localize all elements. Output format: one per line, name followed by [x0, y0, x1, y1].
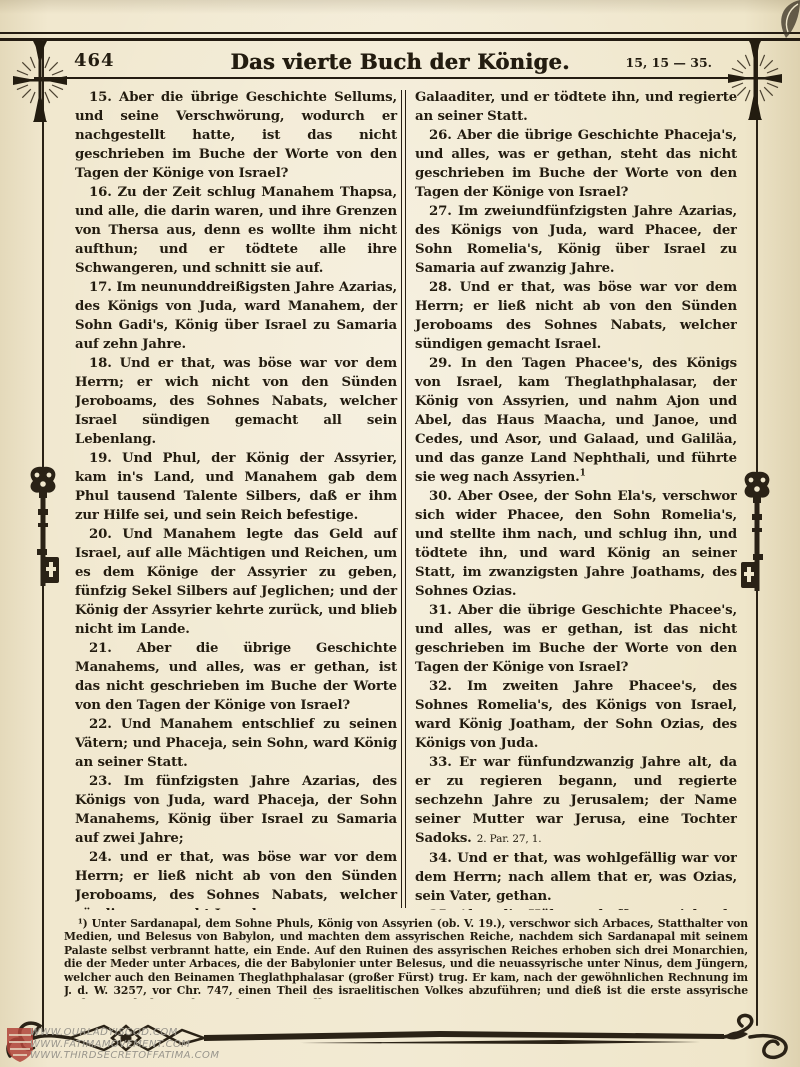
- verse-31: 31. Aber die übrige Geschichte Phacee's,…: [415, 601, 737, 677]
- verse-number: 31.: [429, 603, 452, 618]
- verse-continuation: Galaaditer, und er tödtete ihn, und regi…: [415, 88, 737, 126]
- verse-number: 20.: [89, 527, 112, 542]
- ornate-key-icon: [739, 470, 775, 595]
- top-rule-thick: [0, 38, 800, 41]
- verse-18: 18. Und er that, was böse war vor dem He…: [75, 354, 397, 449]
- verse-number: 29.: [429, 356, 452, 371]
- footnote: ¹)Unter Sardanapal, dem Sohne Phuls, Kön…: [64, 917, 748, 999]
- verse-16: 16. Zu der Zeit schlug Manahem Thapsa, u…: [75, 183, 397, 278]
- column-divider-rule: [401, 90, 406, 908]
- corner-leaf-icon: [772, 0, 800, 40]
- verse-26: 26. Aber die übrige Geschichte Phaceja's…: [415, 126, 737, 202]
- cross-reference: 2. Par. 27, 1.: [472, 833, 542, 845]
- verse-number: 23.: [89, 774, 112, 789]
- watermark-list: WWW.OURLADYISGOD.COMWWW.FATIMAMOVEMENT.C…: [30, 1027, 219, 1062]
- verse-35: 35. Aber die Höhen schaffte er nicht ab;…: [415, 906, 737, 910]
- verse-number: 33.: [429, 755, 452, 770]
- verse-33: 33. Er war fünfundzwanzig Jahre alt, da …: [415, 753, 737, 849]
- verse-number: 30.: [429, 489, 452, 504]
- verse-range: 15, 15 — 35.: [626, 55, 712, 70]
- ornate-key-icon: [25, 465, 61, 590]
- verse-17: 17. Im neununddreißigsten Jahre Azarias,…: [75, 278, 397, 354]
- page-header: 464 Das vierte Buch der Könige. 15, 15 —…: [0, 46, 800, 76]
- footnote-reference-mark: 1: [580, 469, 586, 479]
- verse-24: 24. und er that, was böse war vor dem He…: [75, 848, 397, 910]
- cross-sunburst-icon: [723, 38, 787, 122]
- scan-edge-shadow: [0, 0, 800, 14]
- verse-34: 34. Und er that, was wohlgefällig war vo…: [415, 849, 737, 906]
- verse-15: 15. Aber die übrige Geschichte Sellums, …: [75, 88, 397, 183]
- verse-30: 30. Aber Osee, der Sohn Ela's, verschwor…: [415, 487, 737, 601]
- header-rule: [34, 77, 762, 79]
- text-body: 15. Aber die übrige Geschichte Sellums, …: [75, 88, 737, 910]
- verse-number: 21.: [89, 641, 112, 656]
- footnote-text: Unter Sardanapal, dem Sohne Phuls, König…: [64, 917, 748, 999]
- verse-number: 28.: [429, 280, 452, 295]
- verse-number: 27.: [429, 204, 452, 219]
- watermark-url: WWW.THIRDSECRETOFFATIMA.COM: [30, 1050, 219, 1062]
- cross-sunburst-icon: [8, 40, 72, 124]
- verse-27: 27. Im zweiundfünfzigsten Jahre Azarias,…: [415, 202, 737, 278]
- verse-number: 18.: [89, 356, 112, 371]
- verse-number: 16.: [89, 185, 112, 200]
- verse-21: 21. Aber die übrige Geschichte Manahems,…: [75, 639, 397, 715]
- verse-number: 32.: [429, 679, 452, 694]
- verse-28: 28. Und er that, was böse war vor dem He…: [415, 278, 737, 354]
- verse-number: 17.: [89, 280, 112, 295]
- verse-number: 19.: [89, 451, 112, 466]
- watermark-url: WWW.FATIMAMOVEMENT.COM: [30, 1039, 219, 1051]
- scanned-bible-page: 464 Das vierte Buch der Könige. 15, 15 —…: [0, 0, 800, 1067]
- watermark-url: WWW.OURLADYISGOD.COM: [30, 1027, 219, 1039]
- verse-number: 35.: [429, 908, 452, 910]
- top-rule-thin: [0, 32, 800, 34]
- verse-22: 22. Und Manahem entschlief zu seinen Vät…: [75, 715, 397, 772]
- verse-19: 19. Und Phul, der König der Assyrier, ka…: [75, 449, 397, 525]
- verse-number: 26.: [429, 128, 452, 143]
- verse-number: 34.: [429, 851, 452, 866]
- verse-20: 20. Und Manahem legte das Geld auf Israe…: [75, 525, 397, 639]
- verse-number: 22.: [89, 717, 112, 732]
- verse-32: 32. Im zweiten Jahre Phacee's, des Sohne…: [415, 677, 737, 753]
- verse-number: 24.: [89, 850, 112, 865]
- verse-number: 15.: [89, 90, 112, 105]
- footnote-marker: ¹): [78, 917, 88, 930]
- right-column: Galaaditer, und er tödtete ihn, und regi…: [415, 88, 737, 910]
- verse-29: 29. In den Tagen Phacee's, des Königs vo…: [415, 354, 737, 487]
- verse-23: 23. Im fünfzigsten Jahre Azarias, des Kö…: [75, 772, 397, 848]
- left-column: 15. Aber die übrige Geschichte Sellums, …: [75, 88, 397, 910]
